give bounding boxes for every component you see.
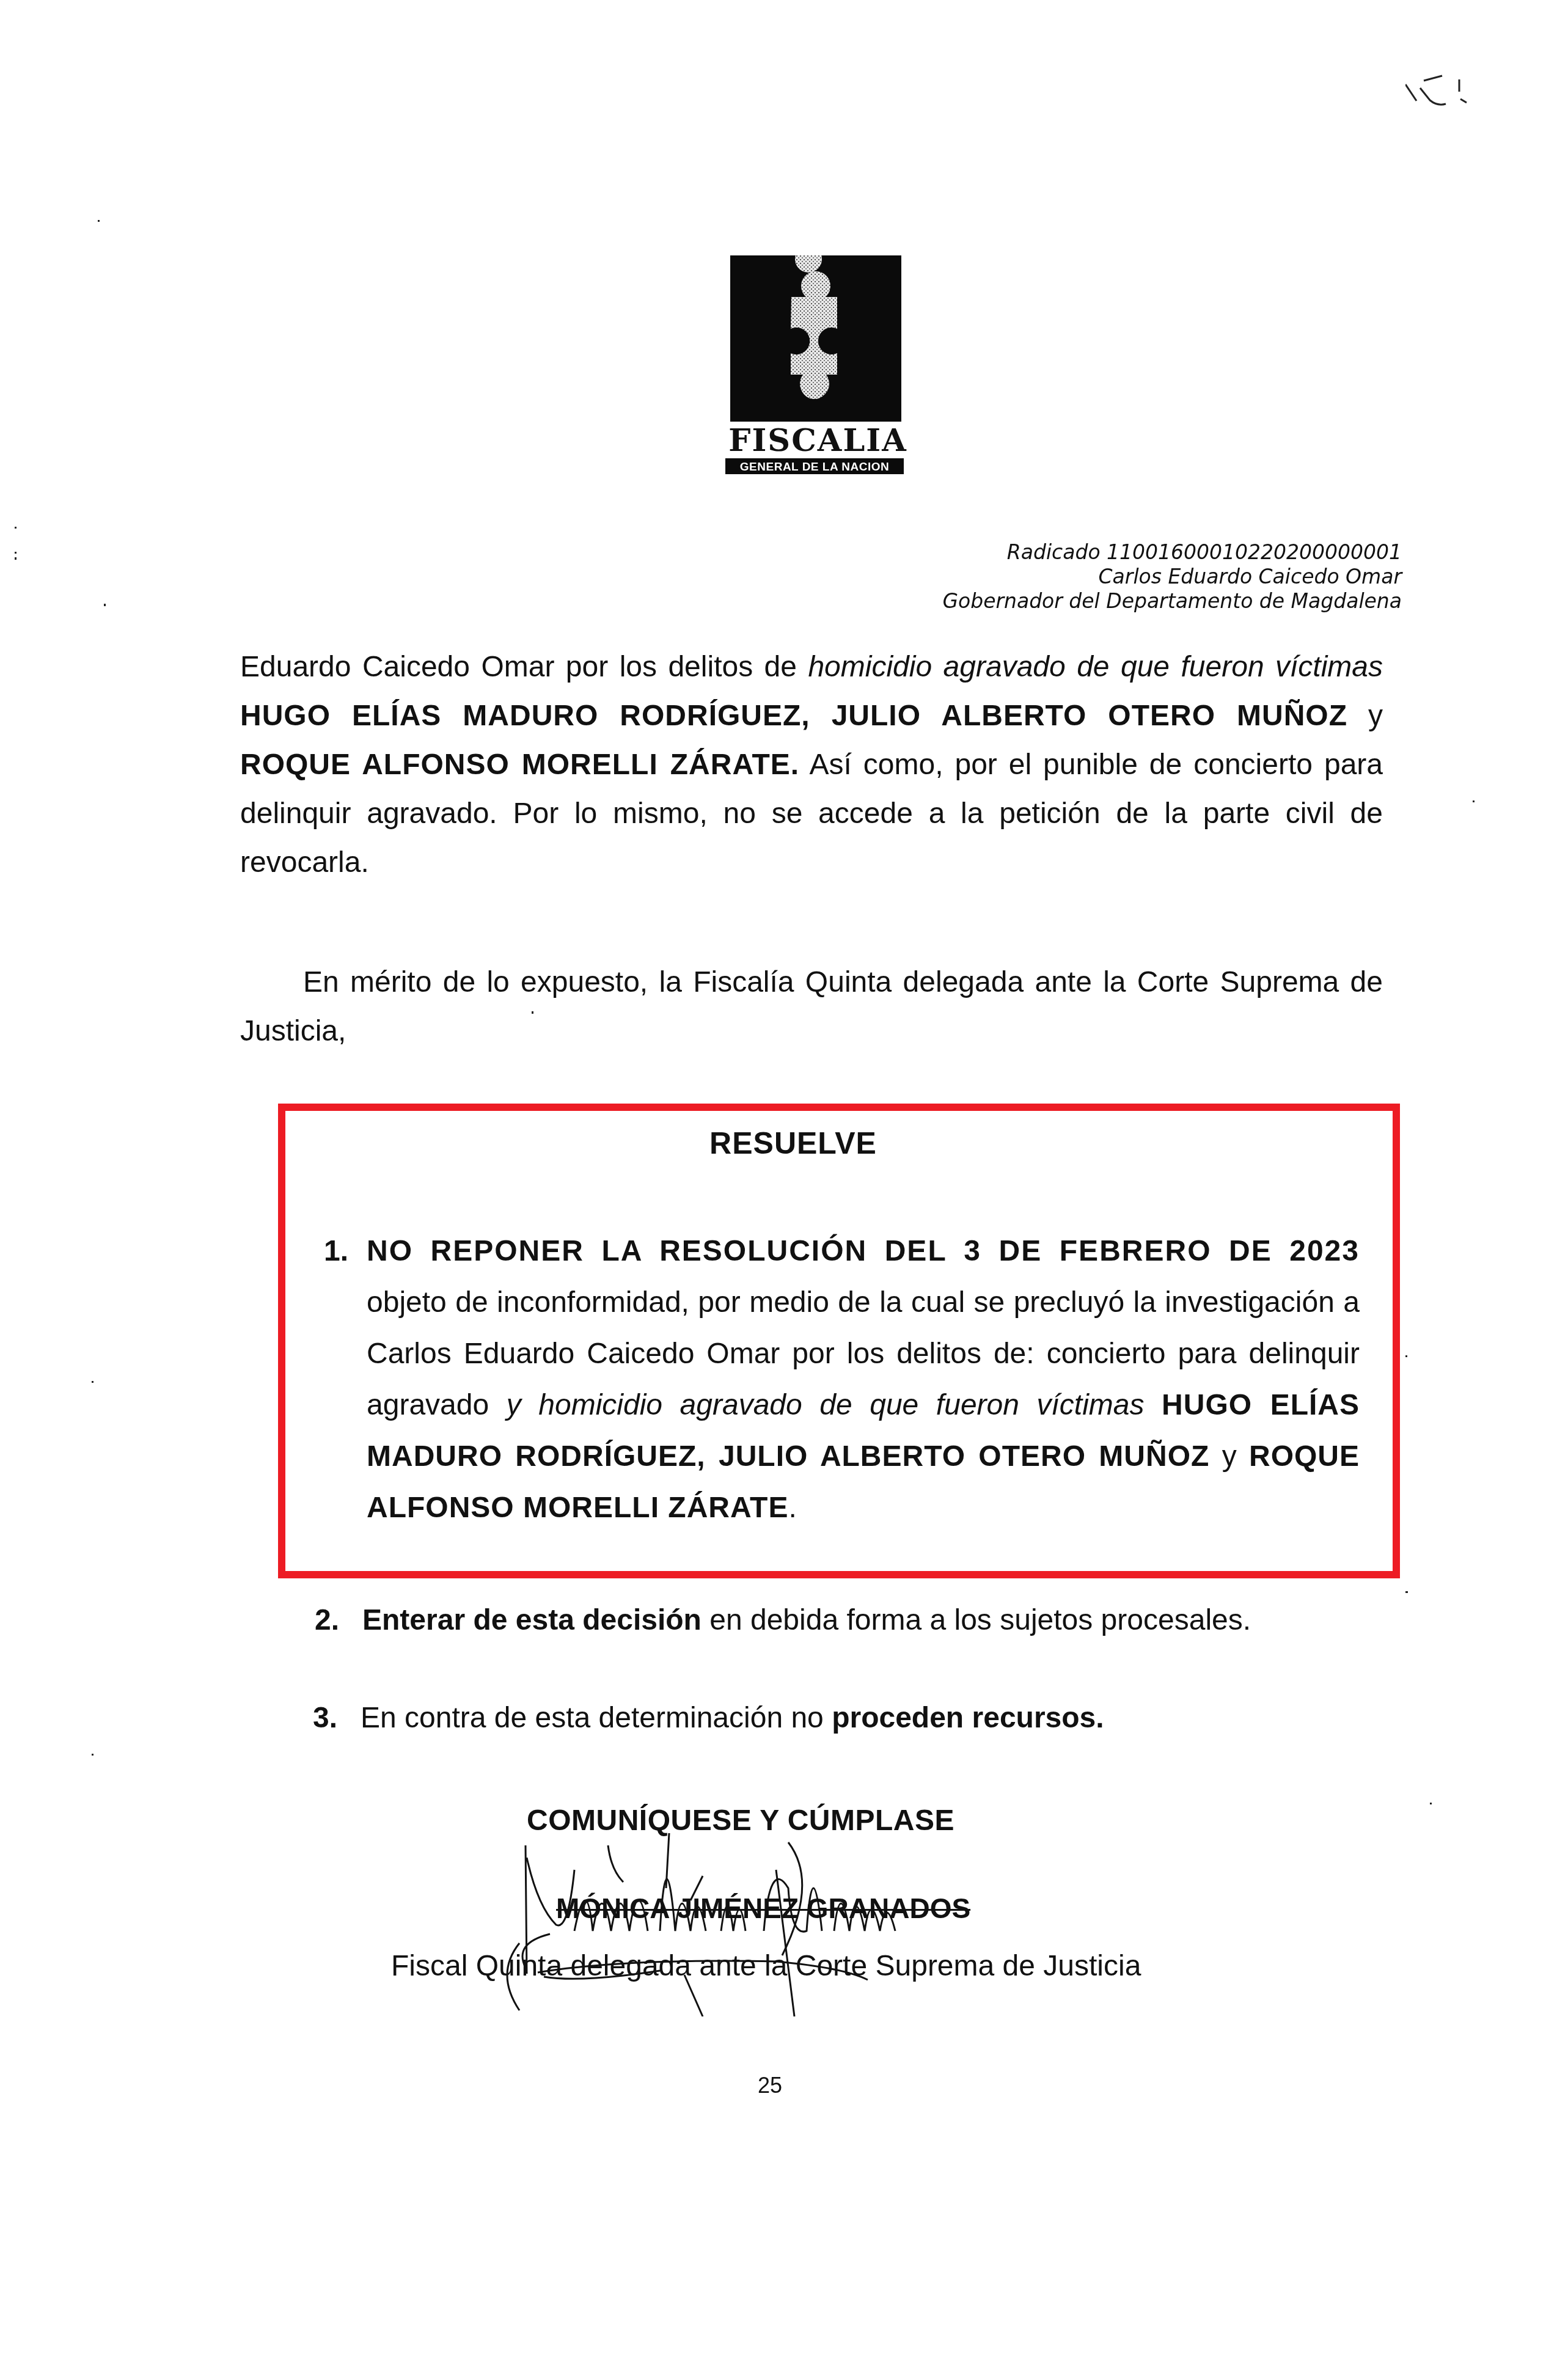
item-number: 3. — [313, 1693, 337, 1744]
scan-speck — [15, 557, 16, 560]
subject-name: Carlos Eduardo Caicedo Omar — [942, 565, 1402, 589]
signer-name: MÓNICA JIMÉNEZ GRANADOS — [556, 1892, 970, 1925]
item-lead: NO REPONER LA RESOLUCIÓN DEL 3 DE FEBRER… — [367, 1235, 1360, 1267]
item-italic: y homicidio agravado de que fueron vícti… — [507, 1389, 1145, 1421]
scan-speck — [15, 552, 16, 554]
fiscalia-logo: FISCALIA GENERAL DE LA NACION — [730, 255, 901, 474]
logo-emblem — [730, 255, 901, 422]
resolution-item-2: 2. Enterar de esta decisión en debida fo… — [362, 1595, 1401, 1646]
scan-speck — [92, 1381, 93, 1383]
body-paragraph-2: En mérito de lo expuesto, la Fiscalía Qu… — [240, 958, 1383, 1056]
scan-speck — [92, 1754, 93, 1756]
item-number: 1. — [324, 1226, 348, 1277]
body-paragraph-1: Eduardo Caicedo Omar por los delitos de … — [240, 643, 1383, 887]
paragraph-text: y — [1347, 700, 1383, 732]
closing-formula: COMUNÍQUESE Y CÚMPLASE — [527, 1804, 954, 1837]
italic-text: homicidio agravado de que fueron víctima… — [808, 651, 1383, 683]
handwritten-page-mark — [1405, 73, 1503, 122]
resolution-item-3: 3. En contra de esta determinación no pr… — [361, 1693, 1399, 1744]
scan-speck — [1430, 1803, 1432, 1804]
item-text: En contra de esta determinación no — [361, 1702, 832, 1734]
case-reference: Radicado 11001600010220200000001 Carlos … — [942, 540, 1402, 613]
signer-role: Fiscal Quinta delegada ante la Corte Sup… — [391, 1949, 1141, 1983]
scan-speck — [1473, 800, 1475, 802]
item-text: en debida forma a los sujetos procesales… — [702, 1604, 1251, 1636]
handwritten-signature — [501, 1833, 1051, 2016]
item-lead: Enterar de esta decisión — [362, 1604, 702, 1636]
subject-role: Gobernador del Departamento de Magdalena — [942, 589, 1402, 613]
item-text: y — [1209, 1440, 1249, 1473]
resolution-heading: RESUELVE — [0, 1126, 1568, 1161]
item-number: 2. — [315, 1595, 339, 1646]
item-text: . — [788, 1492, 796, 1524]
victim-names: HUGO ELÍAS MADURO RODRÍGUEZ, JULIO ALBER… — [240, 700, 1347, 732]
page-number: 25 — [758, 2073, 782, 2098]
scan-speck — [1405, 1591, 1408, 1593]
scan-speck — [15, 527, 16, 529]
scan-speck — [1405, 1355, 1407, 1357]
radicado-number: Radicado 11001600010220200000001 — [942, 540, 1402, 565]
item-tail: proceden recursos. — [832, 1702, 1104, 1734]
paragraph-text: Eduardo Caicedo Omar por los delitos de — [240, 651, 808, 683]
logo-wordmark: FISCALIA — [728, 425, 903, 456]
resolution-item-1: 1. NO REPONER LA RESOLUCIÓN DEL 3 DE FEB… — [367, 1226, 1360, 1534]
puzzle-piece-icon — [730, 255, 901, 422]
victim-name: ROQUE ALFONSO MORELLI ZÁRATE. — [240, 749, 799, 781]
scan-speck — [104, 604, 106, 606]
logo-subtitle: GENERAL DE LA NACION — [725, 458, 904, 474]
scan-speck — [98, 220, 100, 222]
